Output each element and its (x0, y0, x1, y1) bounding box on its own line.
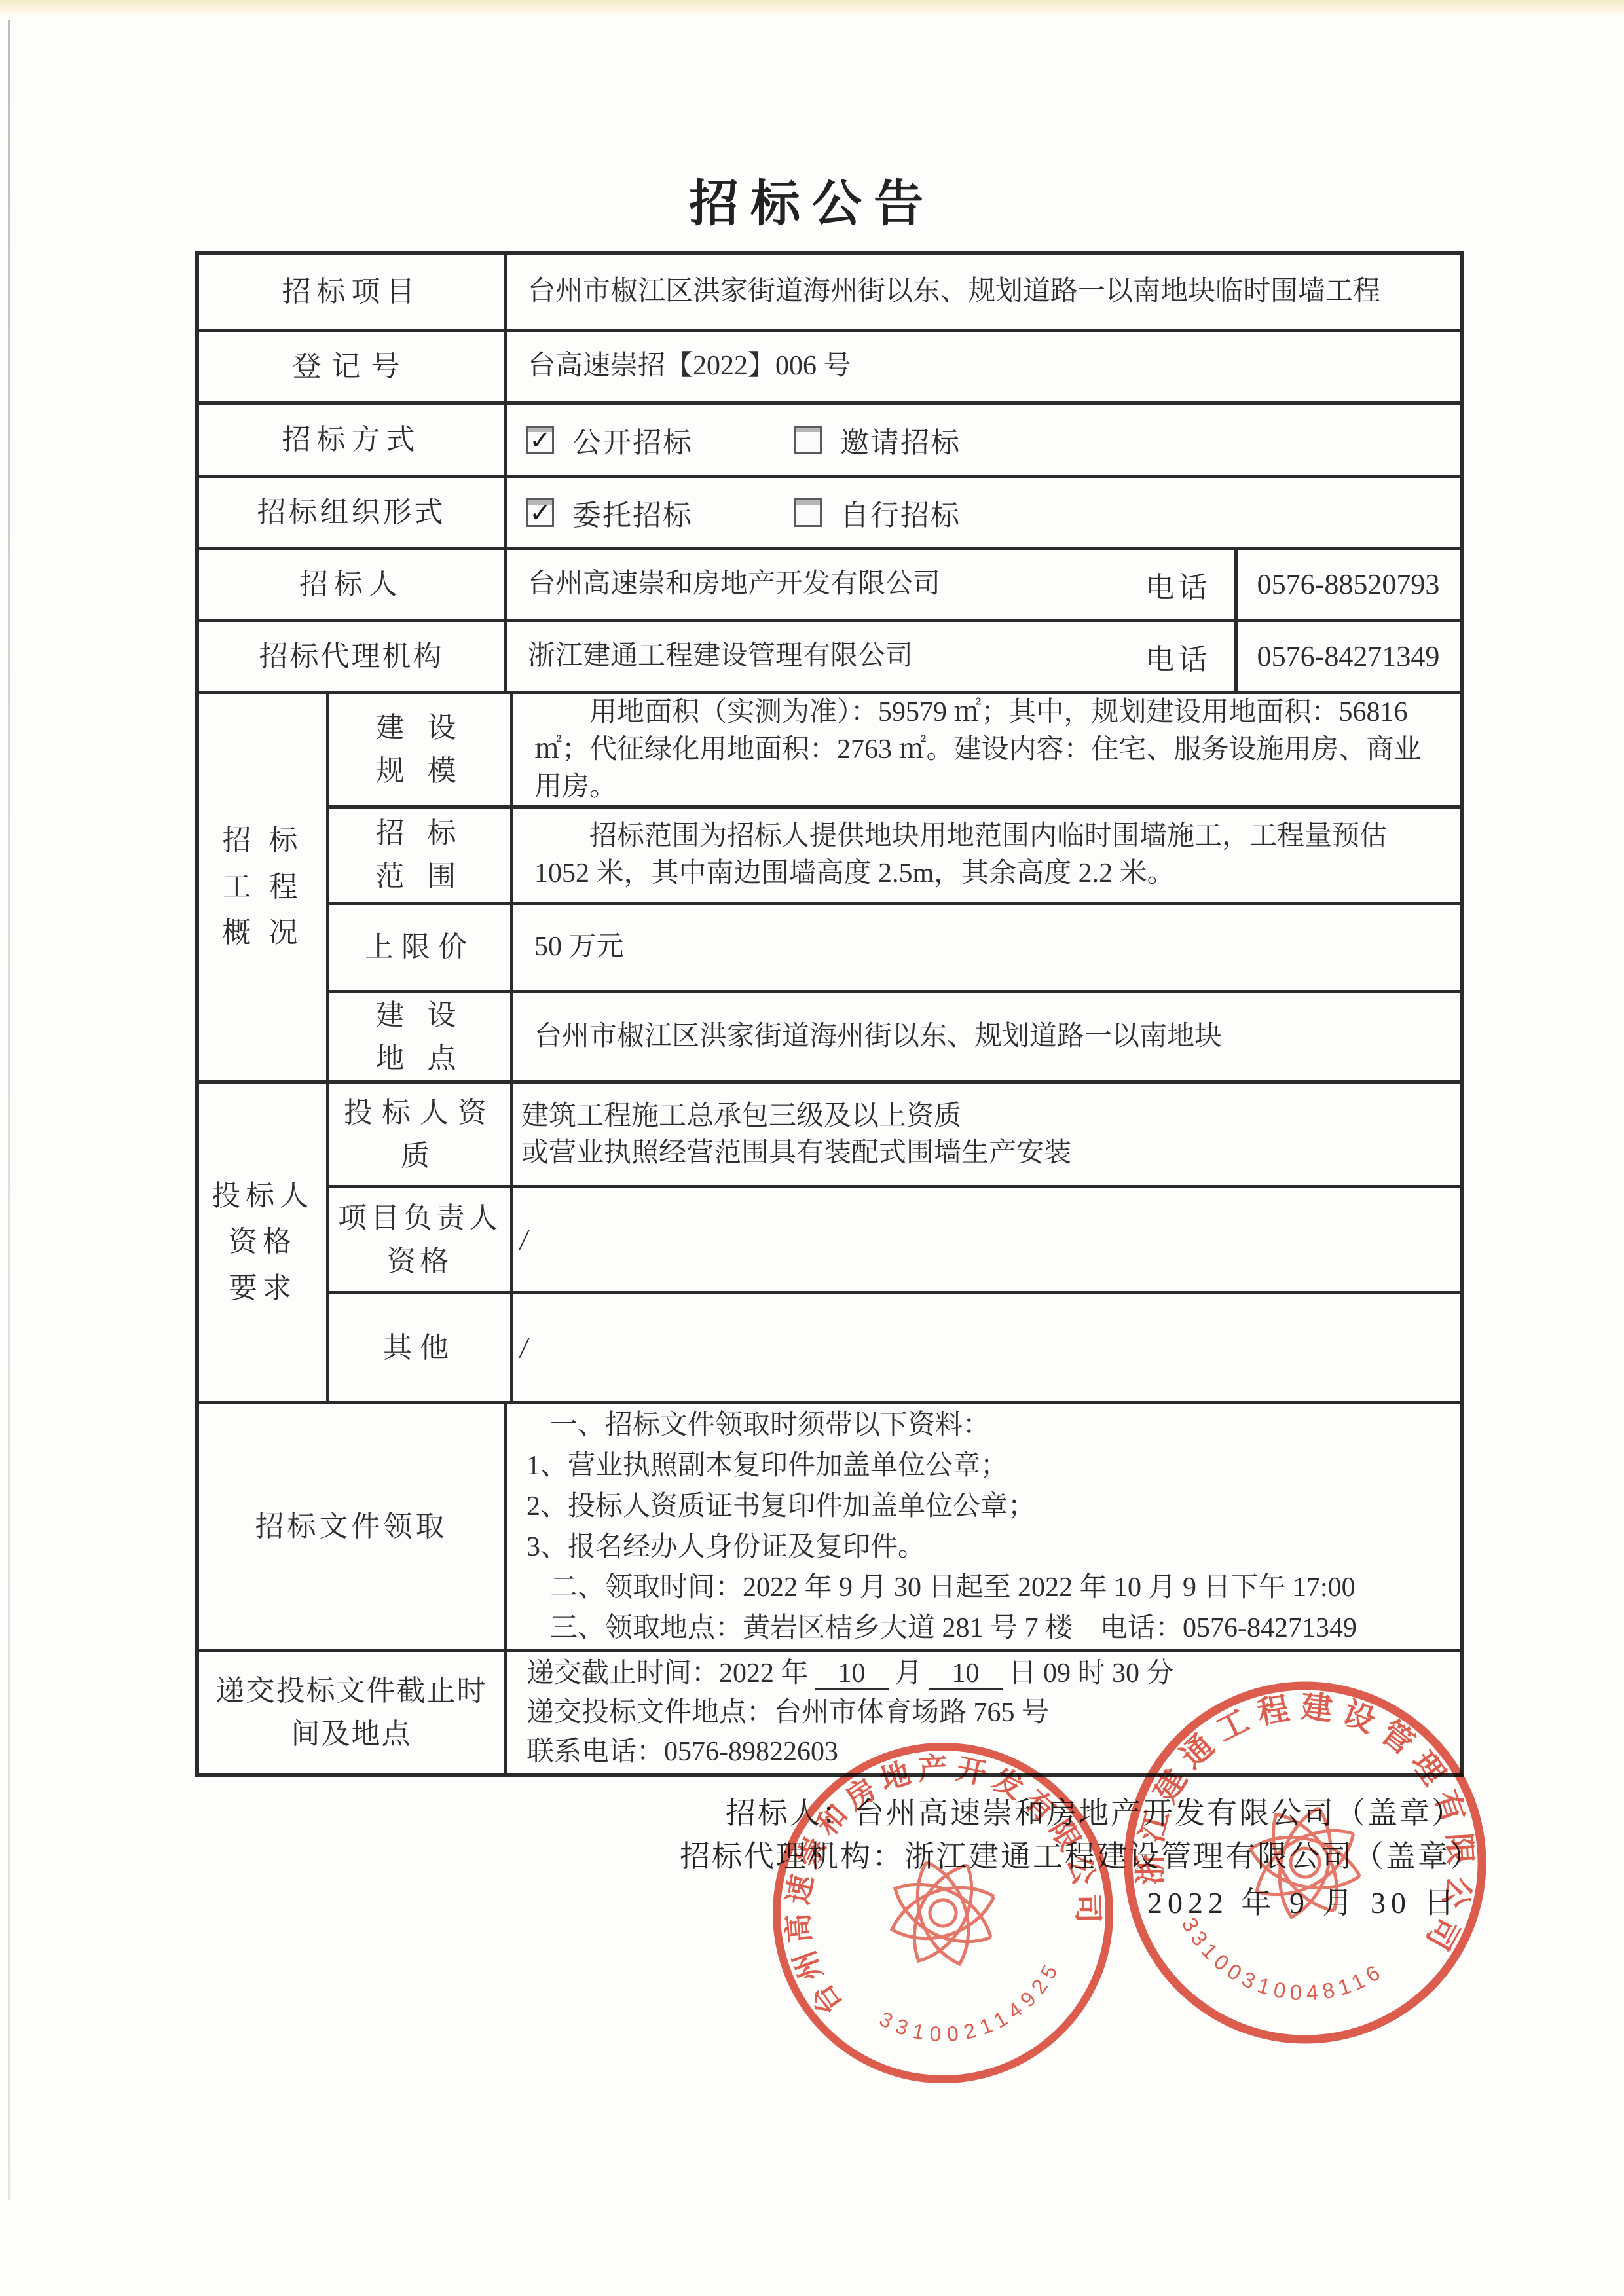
table-row-project: 招标项目 台州市椒江区洪家街道海州街以东、规划道路一以南地块临时围墙工程 (199, 255, 1460, 332)
qualification-label-line1: 投标人 (212, 1173, 314, 1219)
bid-scope-label: 招 标 范 围 (329, 809, 513, 902)
submission-label-line2: 间及地点 (291, 1713, 412, 1756)
other-label: 其他 (329, 1294, 513, 1401)
project-label: 招标项目 (199, 255, 507, 329)
bid-scope-label-line2: 范 围 (376, 855, 464, 898)
table-row-bid-method: 招标方式 ✓ 公开招标 邀请招标 (199, 405, 1460, 478)
table-group-overview: 招 标 工 程 概 况 建 设 规 模 用地面积（实测为准）：59579 ㎡；其… (199, 694, 1460, 1084)
svg-text:33100310048116: 33100310048116 (1165, 1909, 1393, 2027)
bid-method-label: 招标方式 (199, 405, 507, 475)
tenderer-label: 招标人 (199, 550, 507, 619)
bidder-qualification-label: 投标人资质 (329, 1084, 513, 1185)
option-public-bidding: ✓ 公开招标 (526, 419, 693, 461)
construction-scale-value-text: 用地面积（实测为准）：59579 ㎡；其中，规划建设用地面积：56816 ㎡；代… (534, 694, 1443, 806)
registration-value: 台高速崇招【2022】006 号 (507, 332, 1460, 401)
subrow-bid-scope: 招 标 范 围 招标范围为招标人提供地块用地范围内临时围墙施工，工程量预估 10… (329, 809, 1460, 905)
project-value: 台州市椒江区洪家街道海州街以东、规划道路一以南地块临时围墙工程 (507, 255, 1460, 329)
bidder-qualification-line1: 建筑工程施工总承包三级及以上资质 (521, 1098, 1447, 1135)
agency-company-seal: 浙江建通工程建设管理有限公司 33100310048116 (1086, 1640, 1524, 2085)
overview-label-line2: 工 程 (223, 864, 303, 910)
svg-text:331002114925: 331002114925 (870, 1950, 1079, 2070)
subrow-bidder-qualification: 投标人资质 建筑工程施工总承包三级及以上资质 或营业执照经营范围具有装配式围墙生… (329, 1084, 1460, 1188)
bid-org-form-options: ✓ 委托招标 自行招标 (507, 478, 1460, 547)
tenderer-value-text: 台州高速崇和房地产开发有限公司 (528, 566, 940, 604)
option-invited-bidding-label: 邀请招标 (840, 419, 961, 461)
page-title: 招标公告 (0, 164, 1624, 235)
announcement-table: 招标项目 台州市椒江区洪家街道海州街以东、规划道路一以南地块临时围墙工程 登记号… (195, 251, 1464, 1777)
other-value-text: / (517, 1327, 532, 1368)
construction-site-label-line2: 地 点 (376, 1037, 464, 1080)
bid-org-form-label: 招标组织形式 (199, 478, 507, 547)
registration-label: 登记号 (199, 332, 507, 401)
subrow-other: 其他 / (329, 1294, 1460, 1401)
project-manager-label-line2: 资格 (387, 1240, 452, 1283)
scan-edge-top (0, 0, 1624, 17)
doc-pickup-label: 招标文件领取 (199, 1404, 507, 1649)
price-cap-label-line1: 上限价 (365, 926, 475, 969)
scanned-document-page: 招标公告 招标项目 台州市椒江区洪家街道海州街以东、规划道路一以南地块临时围墙工… (0, 0, 1624, 2296)
doc-pickup-line2: 1、营业执照副本复印件加盖单位公章； (526, 1446, 1447, 1486)
table-group-qualification: 投标人 资格 要求 投标人资质 建筑工程施工总承包三级及以上资质 或营业执照经营… (199, 1084, 1460, 1404)
subrow-project-manager: 项目负责人 资格 / (329, 1188, 1460, 1294)
agency-phone-label: 电话 (1122, 622, 1238, 691)
submission-deadline-day: 10 (929, 1658, 1003, 1690)
construction-scale-label: 建 设 规 模 (329, 694, 513, 805)
scan-edge-left (8, 20, 10, 2200)
option-public-bidding-label: 公开招标 (572, 419, 693, 461)
option-self-bidding: 自行招标 (794, 492, 961, 534)
tenderer-value: 台州高速崇和房地产开发有限公司 (507, 550, 1122, 619)
bidder-qualification-line2: 或营业执照经营范围具有装配式围墙生产安装 (521, 1135, 1447, 1171)
qualification-group-label: 投标人 资格 要求 (199, 1084, 329, 1401)
bid-scope-value: 招标范围为招标人提供地块用地范围内临时围墙施工，工程量预估 1052 米，其中南… (513, 809, 1460, 902)
other-value: / (513, 1294, 1460, 1401)
checkbox-invited-bidding (794, 426, 822, 454)
construction-scale-label-line1: 建 设 (376, 706, 464, 750)
doc-pickup-line3: 2、投标人资质证书复印件加盖单位公章； (526, 1486, 1447, 1527)
submission-deadline-month: 10 (815, 1658, 889, 1690)
option-delegated-bidding: ✓ 委托招标 (526, 492, 693, 534)
table-row-bid-org-form: 招标组织形式 ✓ 委托招标 自行招标 (199, 478, 1460, 550)
qualification-label-line2: 资格 (229, 1219, 297, 1265)
construction-scale-label-line2: 规 模 (376, 750, 464, 793)
price-cap-label: 上限价 (329, 905, 513, 990)
overview-label-line1: 招 标 (223, 818, 303, 864)
submission-month-unit: 月 (895, 1658, 923, 1688)
subrow-construction-site: 建 设 地 点 台州市椒江区洪家街道海州街以东、规划道路一以南地块 (329, 993, 1460, 1080)
construction-site-value: 台州市椒江区洪家街道海州街以东、规划道路一以南地块 (513, 993, 1460, 1080)
construction-scale-value: 用地面积（实测为准）：59579 ㎡；其中，规划建设用地面积：56816 ㎡；代… (513, 694, 1460, 805)
table-row-doc-pickup: 招标文件领取 一、招标文件领取时须带以下资料： 1、营业执照副本复印件加盖单位公… (199, 1404, 1460, 1652)
option-invited-bidding: 邀请招标 (794, 419, 961, 461)
option-self-bidding-label: 自行招标 (840, 492, 961, 534)
construction-site-value-text: 台州市椒江区洪家街道海州街以东、规划道路一以南地块 (534, 1018, 1222, 1056)
seal-center-rosette (1236, 1794, 1373, 1931)
seal-serial-number: 33100310048116 (1165, 1909, 1393, 2027)
qualification-subrows: 投标人资质 建筑工程施工总承包三级及以上资质 或营业执照经营范围具有装配式围墙生… (329, 1084, 1460, 1401)
bidder-qualification-value: 建筑工程施工总承包三级及以上资质 或营业执照经营范围具有装配式围墙生产安装 (513, 1084, 1460, 1185)
subrow-price-cap: 上限价 50 万元 (329, 905, 1460, 993)
project-manager-value-text: / (517, 1219, 532, 1260)
tenderer-phone-value: 0576-88520793 (1238, 550, 1459, 619)
price-cap-value: 50 万元 (513, 905, 1460, 990)
project-manager-label: 项目负责人 资格 (329, 1188, 513, 1291)
doc-pickup-value: 一、招标文件领取时须带以下资料： 1、营业执照副本复印件加盖单位公章； 2、投标… (507, 1404, 1460, 1649)
overview-group-label: 招 标 工 程 概 况 (199, 694, 329, 1080)
construction-site-label: 建 设 地 点 (329, 993, 513, 1080)
seal-center-rosette (875, 1845, 1011, 1981)
other-label-line1: 其他 (383, 1326, 456, 1370)
seal-company-name: 台州高速崇和房地产开发有限公司 (739, 1710, 1116, 2025)
doc-pickup-line5: 二、领取时间：2022 年 9 月 30 日起至 2022 年 10 月 9 日… (526, 1567, 1447, 1608)
subrow-construction-scale: 建 设 规 模 用地面积（实测为准）：59579 ㎡；其中，规划建设用地面积：5… (329, 694, 1460, 809)
checkbox-delegated-bidding: ✓ (526, 498, 554, 527)
table-row-agency: 招标代理机构 浙江建通工程建设管理有限公司 电话 0576-84271349 (199, 622, 1460, 694)
agency-label: 招标代理机构 (199, 622, 507, 691)
bid-method-options: ✓ 公开招标 邀请招标 (507, 405, 1460, 475)
tenderer-phone-label: 电话 (1122, 550, 1238, 619)
table-row-tenderer: 招标人 台州高速崇和房地产开发有限公司 电话 0576-88520793 (199, 550, 1460, 622)
bid-scope-value-text: 招标范围为招标人提供地块用地范围内临时围墙施工，工程量预估 1052 米，其中南… (534, 818, 1443, 892)
construction-site-label-line1: 建 设 (376, 994, 464, 1037)
checkbox-public-bidding: ✓ (526, 426, 554, 454)
checkbox-self-bidding (794, 498, 822, 527)
registration-value-text: 台高速崇招【2022】006 号 (528, 348, 851, 386)
table-row-registration: 登记号 台高速崇招【2022】006 号 (199, 332, 1460, 405)
bidder-qualification-label-line1: 投标人资质 (329, 1091, 510, 1178)
agency-value: 浙江建通工程建设管理有限公司 (507, 622, 1122, 691)
agency-value-text: 浙江建通工程建设管理有限公司 (528, 638, 913, 676)
project-value-text: 台州市椒江区洪家街道海州街以东、规划道路一以南地块临时围墙工程 (528, 273, 1380, 311)
project-manager-label-line1: 项目负责人 (338, 1197, 502, 1240)
project-manager-value: / (513, 1188, 1460, 1291)
seal-serial-number: 331002114925 (870, 1950, 1079, 2070)
submission-label: 递交投标文件截止时 间及地点 (199, 1652, 507, 1773)
bid-scope-label-line1: 招 标 (376, 812, 464, 855)
option-delegated-bidding-label: 委托招标 (572, 492, 693, 534)
agency-phone-value: 0576-84271349 (1238, 622, 1459, 691)
price-cap-value-text: 50 万元 (534, 928, 624, 966)
overview-subrows: 建 设 规 模 用地面积（实测为准）：59579 ㎡；其中，规划建设用地面积：5… (329, 694, 1460, 1080)
submission-label-line1: 递交投标文件截止时 (216, 1669, 487, 1713)
svg-text:台州高速崇和房地产开发有限公司: 台州高速崇和房地产开发有限公司 (739, 1710, 1116, 2025)
qualification-label-line3: 要求 (229, 1266, 297, 1311)
doc-pickup-line1: 一、招标文件领取时须带以下资料： (526, 1405, 1447, 1446)
overview-label-line3: 概 况 (223, 910, 303, 956)
submission-deadline-prefix: 递交截止时间：2022 年 (526, 1658, 809, 1688)
doc-pickup-line4: 3、报名经办人身份证及复印件。 (526, 1527, 1447, 1567)
